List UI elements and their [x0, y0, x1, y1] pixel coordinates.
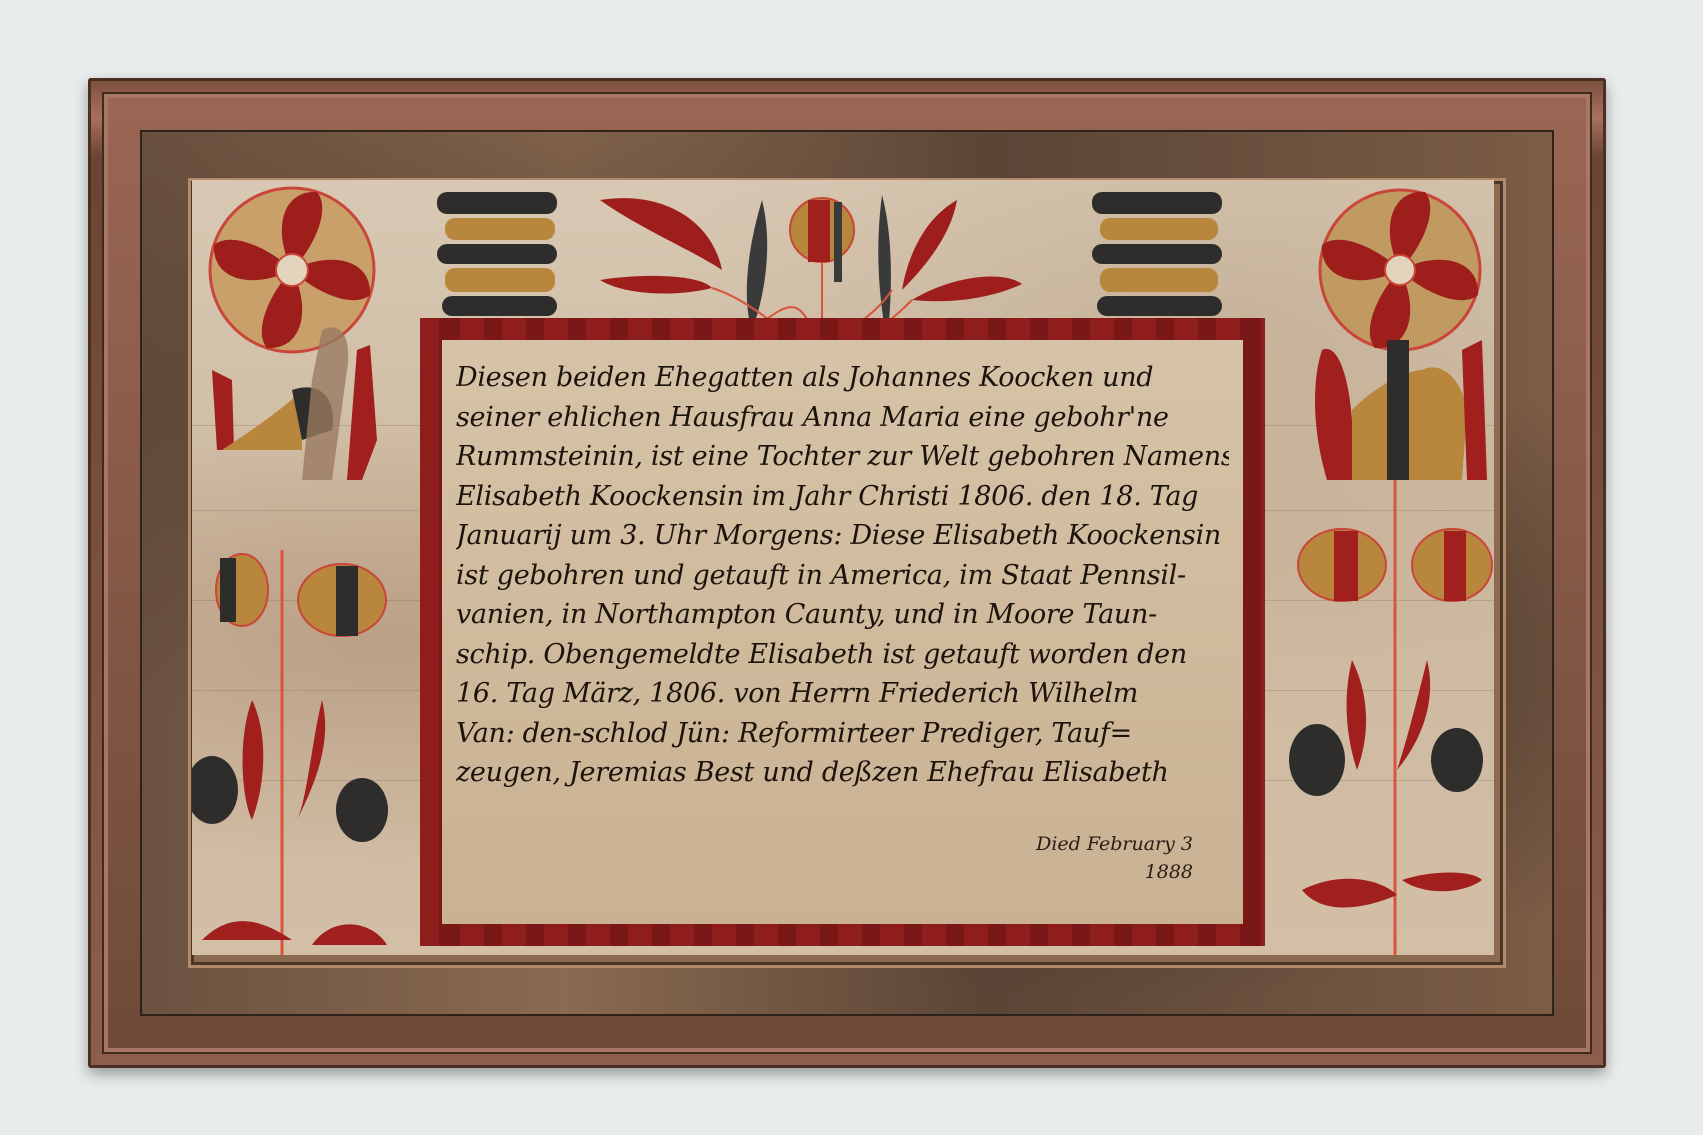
annotation-line: Died February 3 — [1036, 830, 1193, 858]
inscription-line: ist gebohren und getauft in America, im … — [456, 556, 1229, 596]
inscription-line: schip. Obengemeldte Elisabeth ist getauf… — [456, 635, 1229, 675]
leaf-icon — [202, 921, 292, 940]
striped-tulip-icon — [1092, 192, 1222, 316]
inscription-line: vanien, in Northampton Caunty, und in Mo… — [456, 595, 1229, 635]
leaf-icon — [600, 198, 722, 270]
pomegranate-icon — [1298, 529, 1386, 601]
inscription-line: Rummsteinin, ist eine Tochter zur Welt g… — [456, 437, 1229, 477]
inscription-line: zeugen, Jeremias Best und deßzen Ehefrau… — [456, 753, 1229, 793]
leaf-icon — [1397, 660, 1430, 770]
leaf-icon — [297, 700, 325, 820]
annotation-year: 1888 — [1036, 858, 1193, 886]
tulip-icon — [1315, 340, 1487, 480]
berry-icon — [336, 778, 388, 842]
leaf-icon — [1402, 873, 1482, 892]
leaf-icon — [1347, 660, 1367, 770]
rosette-icon — [1320, 190, 1480, 350]
pomegranate-icon — [298, 564, 386, 636]
inscription-line: Januarij um 3. Uhr Morgens: Diese Elisab… — [456, 516, 1229, 556]
berry-icon — [1431, 728, 1483, 792]
leaf-icon — [912, 277, 1022, 302]
inscription-text: Diesen beiden Ehegatten als Johannes Koo… — [456, 358, 1229, 793]
berry-icon — [1289, 724, 1345, 796]
pomegranate-icon — [216, 554, 268, 626]
inscription-line: Diesen beiden Ehegatten als Johannes Koo… — [456, 358, 1229, 398]
leaf-icon — [312, 924, 387, 945]
leaf-icon — [1302, 879, 1397, 908]
pomegranate-icon — [1412, 529, 1492, 601]
berry-icon — [192, 756, 238, 824]
inscription-panel: Diesen beiden Ehegatten als Johannes Koo… — [420, 318, 1265, 946]
rosette-icon — [210, 188, 374, 352]
inscription-line: 16. Tag März, 1806. von Herrn Friederich… — [456, 674, 1229, 714]
inscription-line: Van: den-schlod Jün: Reformirteer Predig… — [456, 714, 1229, 754]
inscription-line: seiner ehlichen Hausfrau Anna Maria eine… — [456, 398, 1229, 438]
fraktur-paper: Diesen beiden Ehegatten als Johannes Koo… — [192, 180, 1494, 955]
leaf-icon — [902, 200, 957, 290]
death-date-annotation: Died February 3 1888 — [1036, 830, 1193, 886]
inscription-line: Elisabeth Koockensin im Jahr Christi 180… — [456, 477, 1229, 517]
leaf-icon — [243, 700, 264, 820]
leaf-icon — [600, 276, 712, 294]
striped-tulip-icon — [437, 192, 557, 316]
